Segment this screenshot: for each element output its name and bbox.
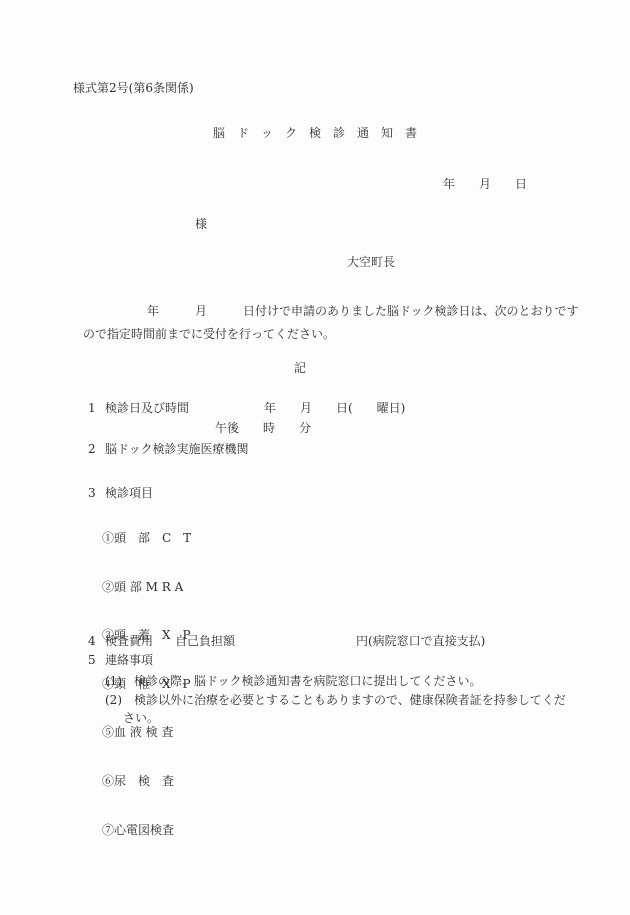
body-text-line-2: ので指定時間前までに受付を行ってください。 — [83, 327, 335, 341]
notification-document-page: 様式第2号(第6条関係) 脳 ド ッ ク 検 診 通 知 書 年 月 日 様 大… — [0, 0, 630, 915]
item-1-number: 1 — [88, 401, 96, 415]
fee-payment-note: 円(病院窓口で直接支払) — [356, 634, 485, 648]
copay-label: 自己負担額 — [175, 634, 235, 648]
item-4-number: 4 — [88, 634, 96, 648]
issue-date-blanks: 年 月 日 — [443, 177, 527, 191]
exam-date-blanks: 年 月 日( 曜日) — [264, 401, 405, 415]
form-number: 様式第2号(第6条関係) — [73, 81, 194, 95]
item-5-number: 5 — [88, 653, 96, 667]
sender-signature: 大空町長 — [347, 255, 395, 269]
exam-item-urine-test: ⑥尿 検 査 — [102, 771, 191, 792]
note-line-1: (1) 検診の際、脳ドック検診通知書を病院窓口に提出してください。 — [105, 674, 482, 688]
item-2-number: 2 — [88, 442, 96, 456]
item-4-label: 検査費用 — [105, 634, 153, 648]
note-line-2-continuation: さい。 — [123, 711, 159, 725]
exam-item-ecg-test: ⑦心電図検査 — [102, 820, 191, 841]
item-3-number: 3 — [88, 486, 96, 500]
note-line-2: (2) 検診以外に治療を必要とすることもありますので、健康保険者証を持参してくだ — [105, 693, 566, 707]
record-marker: 記 — [294, 361, 306, 375]
body-text-line-1: 年 月 日付けで申請のありました脳ドック検診日は、次のとおりです — [147, 304, 579, 318]
item-2-label: 脳ドック検診実施医療機関 — [105, 442, 249, 456]
item-5-label: 連絡事項 — [105, 653, 153, 667]
exam-item-blood-test: ⑤血 液 検 査 — [102, 722, 191, 743]
exam-item-head-mra: ②頭 部 M R A — [102, 577, 191, 598]
exam-item-head-ct: ①頭 部 C T — [102, 528, 191, 549]
document-title: 脳 ド ッ ク 検 診 通 知 書 — [0, 126, 630, 140]
addressee-suffix: 様 — [195, 217, 207, 231]
exam-time-blanks: 午後 時 分 — [215, 421, 311, 435]
item-1-label: 検診日及び時間 — [105, 401, 189, 415]
item-3-label: 検診項目 — [105, 486, 153, 500]
